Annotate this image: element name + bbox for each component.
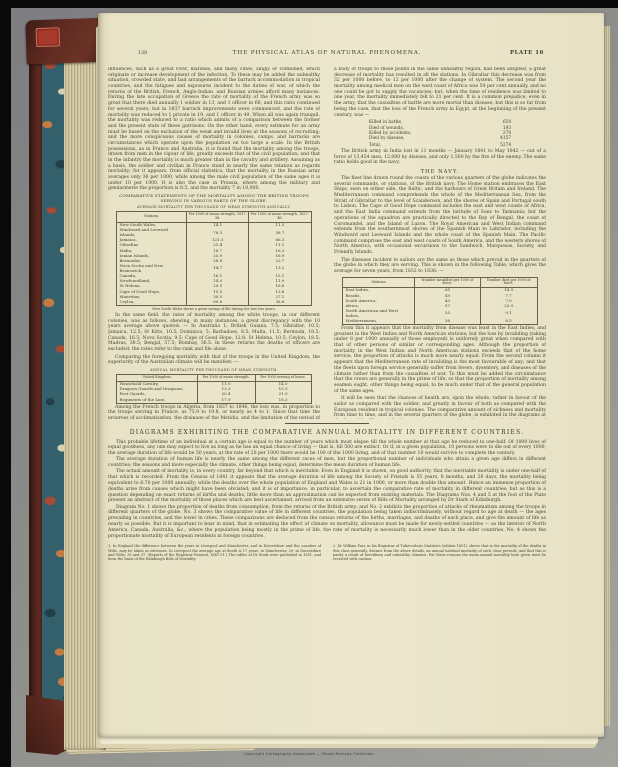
paragraph: The average duration of human life is ne… (108, 457, 546, 469)
footnote: 2. Dr William Farr, in his Registrar of … (333, 544, 546, 561)
paragraph: The British army in India lost in 11 mon… (334, 149, 546, 166)
text-columns: influences, such as a great river, marsh… (108, 67, 546, 419)
header-title: THE PHYSICAL ATLAS OF NATURAL PHENOMENA. (108, 50, 546, 56)
page-header: 138 THE PHYSICAL ATLAS OF NATURAL PHENOM… (108, 50, 546, 60)
table-cell: Ceylon, (117, 300, 187, 306)
uk-mortality-table: United Kingdom.Per 1000 of mean strength… (116, 374, 311, 403)
table-cell: 69.8 (187, 300, 249, 306)
table-footnote: New South Wales shews a great saving of … (108, 307, 320, 311)
table-row: Total,5274 (368, 142, 512, 148)
paragraph: Diagram No. 1 shows the proportion of de… (108, 505, 546, 540)
paragraph: Comparing the foregoing mortality with t… (108, 355, 320, 366)
table-cell: 18.3 (255, 397, 311, 403)
table-header-row: Stations.Per 1000 of mean strength, 1817… (117, 212, 311, 222)
table-cell: Mediterranean, (343, 319, 415, 325)
table-subtitle: AVERAGE MORTALITY PER THOUSAND OF MEAN S… (108, 205, 320, 209)
spine-label (36, 27, 61, 47)
paragraph: The diseases incident to sailors are the… (334, 258, 546, 275)
navy-stations-table: Stations.Number invalided per 1000 of fo… (342, 277, 537, 325)
paragraph: In the same field, the rates of mortalit… (108, 313, 320, 353)
paragraph: This probable lifetime of an individual … (108, 440, 546, 457)
atlas-page: 138 THE PHYSICAL ATLAS OF NATURAL PHENOM… (98, 13, 604, 737)
paragraph: From this it appears that the mortality … (334, 326, 546, 394)
photo-border-left (0, 0, 11, 767)
table-cell: Total, (368, 142, 480, 148)
plate-number: PLATE 16 (510, 50, 544, 56)
table-cell: 6.5 (480, 319, 537, 325)
table-cell: 17.9 (197, 397, 255, 403)
table-header-row: Stations.Number invalided per 1000 of fo… (343, 277, 537, 287)
footnote: 1. In England the difference between the… (108, 544, 321, 561)
paragraph: The fleet line drawn round the coasts of… (334, 176, 546, 256)
troops-mortality-table: Stations.Per 1000 of mean strength, 1817… (116, 211, 311, 305)
section-divider (285, 423, 369, 424)
column-header: Stations. (117, 212, 187, 222)
paragraph: a body of troops to those points in the … (334, 67, 546, 118)
paragraph: The actual amount of mortality is, in ev… (108, 469, 546, 504)
paragraph: influences, such as a great river, marsh… (108, 67, 320, 192)
table-cell: 5274 (480, 142, 512, 148)
paragraph: Among the French troops in Algeria, from… (108, 405, 320, 419)
section-footnotes: 1. In England the difference between the… (108, 544, 546, 562)
photo-backdrop: 138 THE PHYSICAL ATLAS OF NATURAL PHENOM… (0, 0, 618, 767)
column-header: Number died per 1000 of force. (480, 277, 537, 287)
table-row: Mediterranean,386.5 (343, 319, 537, 325)
table-cell: Regiments of the Line, (117, 397, 197, 403)
column-header: Number invalided per 1000 of force. (415, 277, 480, 287)
column-header: Per 1000 of mean strength, 1837-46. (249, 212, 311, 222)
column-header: Per 1000 of mean strength, 1817-36. (187, 212, 249, 222)
paragraph: It will be seen that the chances of heal… (334, 396, 546, 419)
table-row: Ceylon,69.836.8 (117, 300, 311, 306)
table-cell: 36.8 (249, 300, 311, 306)
casualty-list: Killed in battle,654Died of wounds,193Ki… (368, 120, 512, 148)
photo-border-top (0, 0, 618, 8)
right-column: a body of troops to those points in the … (334, 67, 546, 419)
section-heading: DIAGRAMS EXHIBITING THE COMPARATIVE ANNU… (108, 429, 546, 436)
table-row: Regiments of the Line,17.918.3 (117, 397, 311, 403)
section-paragraphs: This probable lifetime of an individual … (108, 440, 546, 540)
table-title: COMPARATIVE STATEMENTS OF THE MORTALITY … (108, 194, 320, 204)
watermark-caption: Copyright Cartography Associates — David… (199, 751, 419, 756)
table-subtitle: ANNUAL MORTALITY PER THOUSAND OF MEAN ST… (108, 368, 320, 372)
column-header: Stations. (343, 277, 415, 287)
left-column: influences, such as a great river, marsh… (108, 67, 320, 419)
table-cell: 38 (415, 319, 480, 325)
bottom-section: DIAGRAMS EXHIBITING THE COMPARATIVE ANNU… (108, 423, 546, 562)
navy-heading: THE NAVY. (334, 169, 546, 175)
